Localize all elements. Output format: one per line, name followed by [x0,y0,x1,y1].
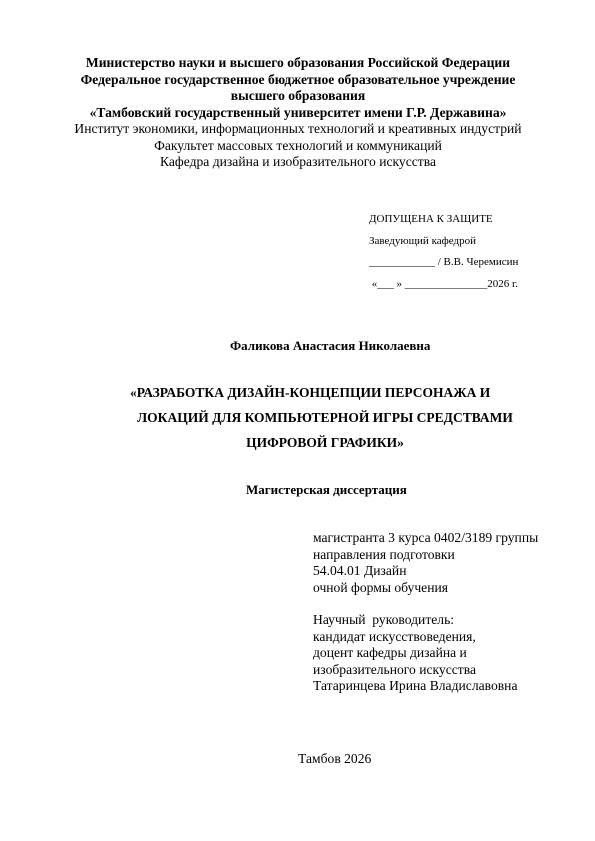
institution-type-line: Федеральное государственное бюджетное об… [0,72,595,89]
approval-date: «___ » _______________2026 г. [369,274,518,296]
thesis-title: «РАЗРАБОТКА ДИЗАЙН-КОНЦЕПЦИИ ПЕРСОНАЖА И… [95,380,555,455]
supervisor-line: кандидат искусствоведения, [313,629,517,646]
thesis-title-line: ЦИФРОВОЙ ГРАФИКИ» [95,430,555,455]
author-name: Фаликова Анастасия Николаевна [230,338,430,354]
student-info-line: направления подготовки [313,547,538,564]
approval-signature: ____________ / В.В. Черемисин [369,252,518,274]
thesis-title-line: «РАЗРАБОТКА ДИЗАЙН-КОНЦЕПЦИИ ПЕРСОНАЖА И [95,380,555,405]
education-level-line: высшего образования [0,88,595,105]
student-info-line: 54.04.01 Дизайн [313,563,538,580]
supervisor-line: Научный руководитель: [313,612,517,629]
supervisor-info: Научный руководитель: кандидат искусство… [313,612,517,695]
thesis-title-line: ЛОКАЦИЙ ДЛЯ КОМПЬЮТЕРНОЙ ИГРЫ СРЕДСТВАМИ [95,405,555,430]
student-info-line: очной формы обучения [313,580,538,597]
approval-role: Заведующий кафедрой [369,231,518,253]
student-info-line: магистранта 3 курса 0402/3189 группы [313,530,538,547]
supervisor-line: изобразительного искусства [313,662,517,679]
institute-line: Институт экономики, информационных техно… [0,121,595,138]
student-info: магистранта 3 курса 0402/3189 группы нап… [313,530,538,596]
supervisor-name: Татаринцева Ирина Владиславовна [313,678,517,695]
ministry-line: Министерство науки и высшего образования… [0,55,595,72]
university-name: «Тамбовский государственный университет … [0,105,595,122]
supervisor-line: доцент кафедры дизайна и [313,645,517,662]
department-line: Кафедра дизайна и изобразительного искус… [0,154,595,171]
city-year: Тамбов 2026 [298,751,371,767]
work-type: Магистерская диссертация [246,482,407,498]
approval-block: ДОПУЩЕНА К ЗАЩИТЕ Заведующий кафедрой __… [369,209,518,295]
institution-header: Министерство науки и высшего образования… [0,55,595,171]
faculty-line: Факультет массовых технологий и коммуник… [0,138,595,155]
approval-title: ДОПУЩЕНА К ЗАЩИТЕ [369,209,518,231]
